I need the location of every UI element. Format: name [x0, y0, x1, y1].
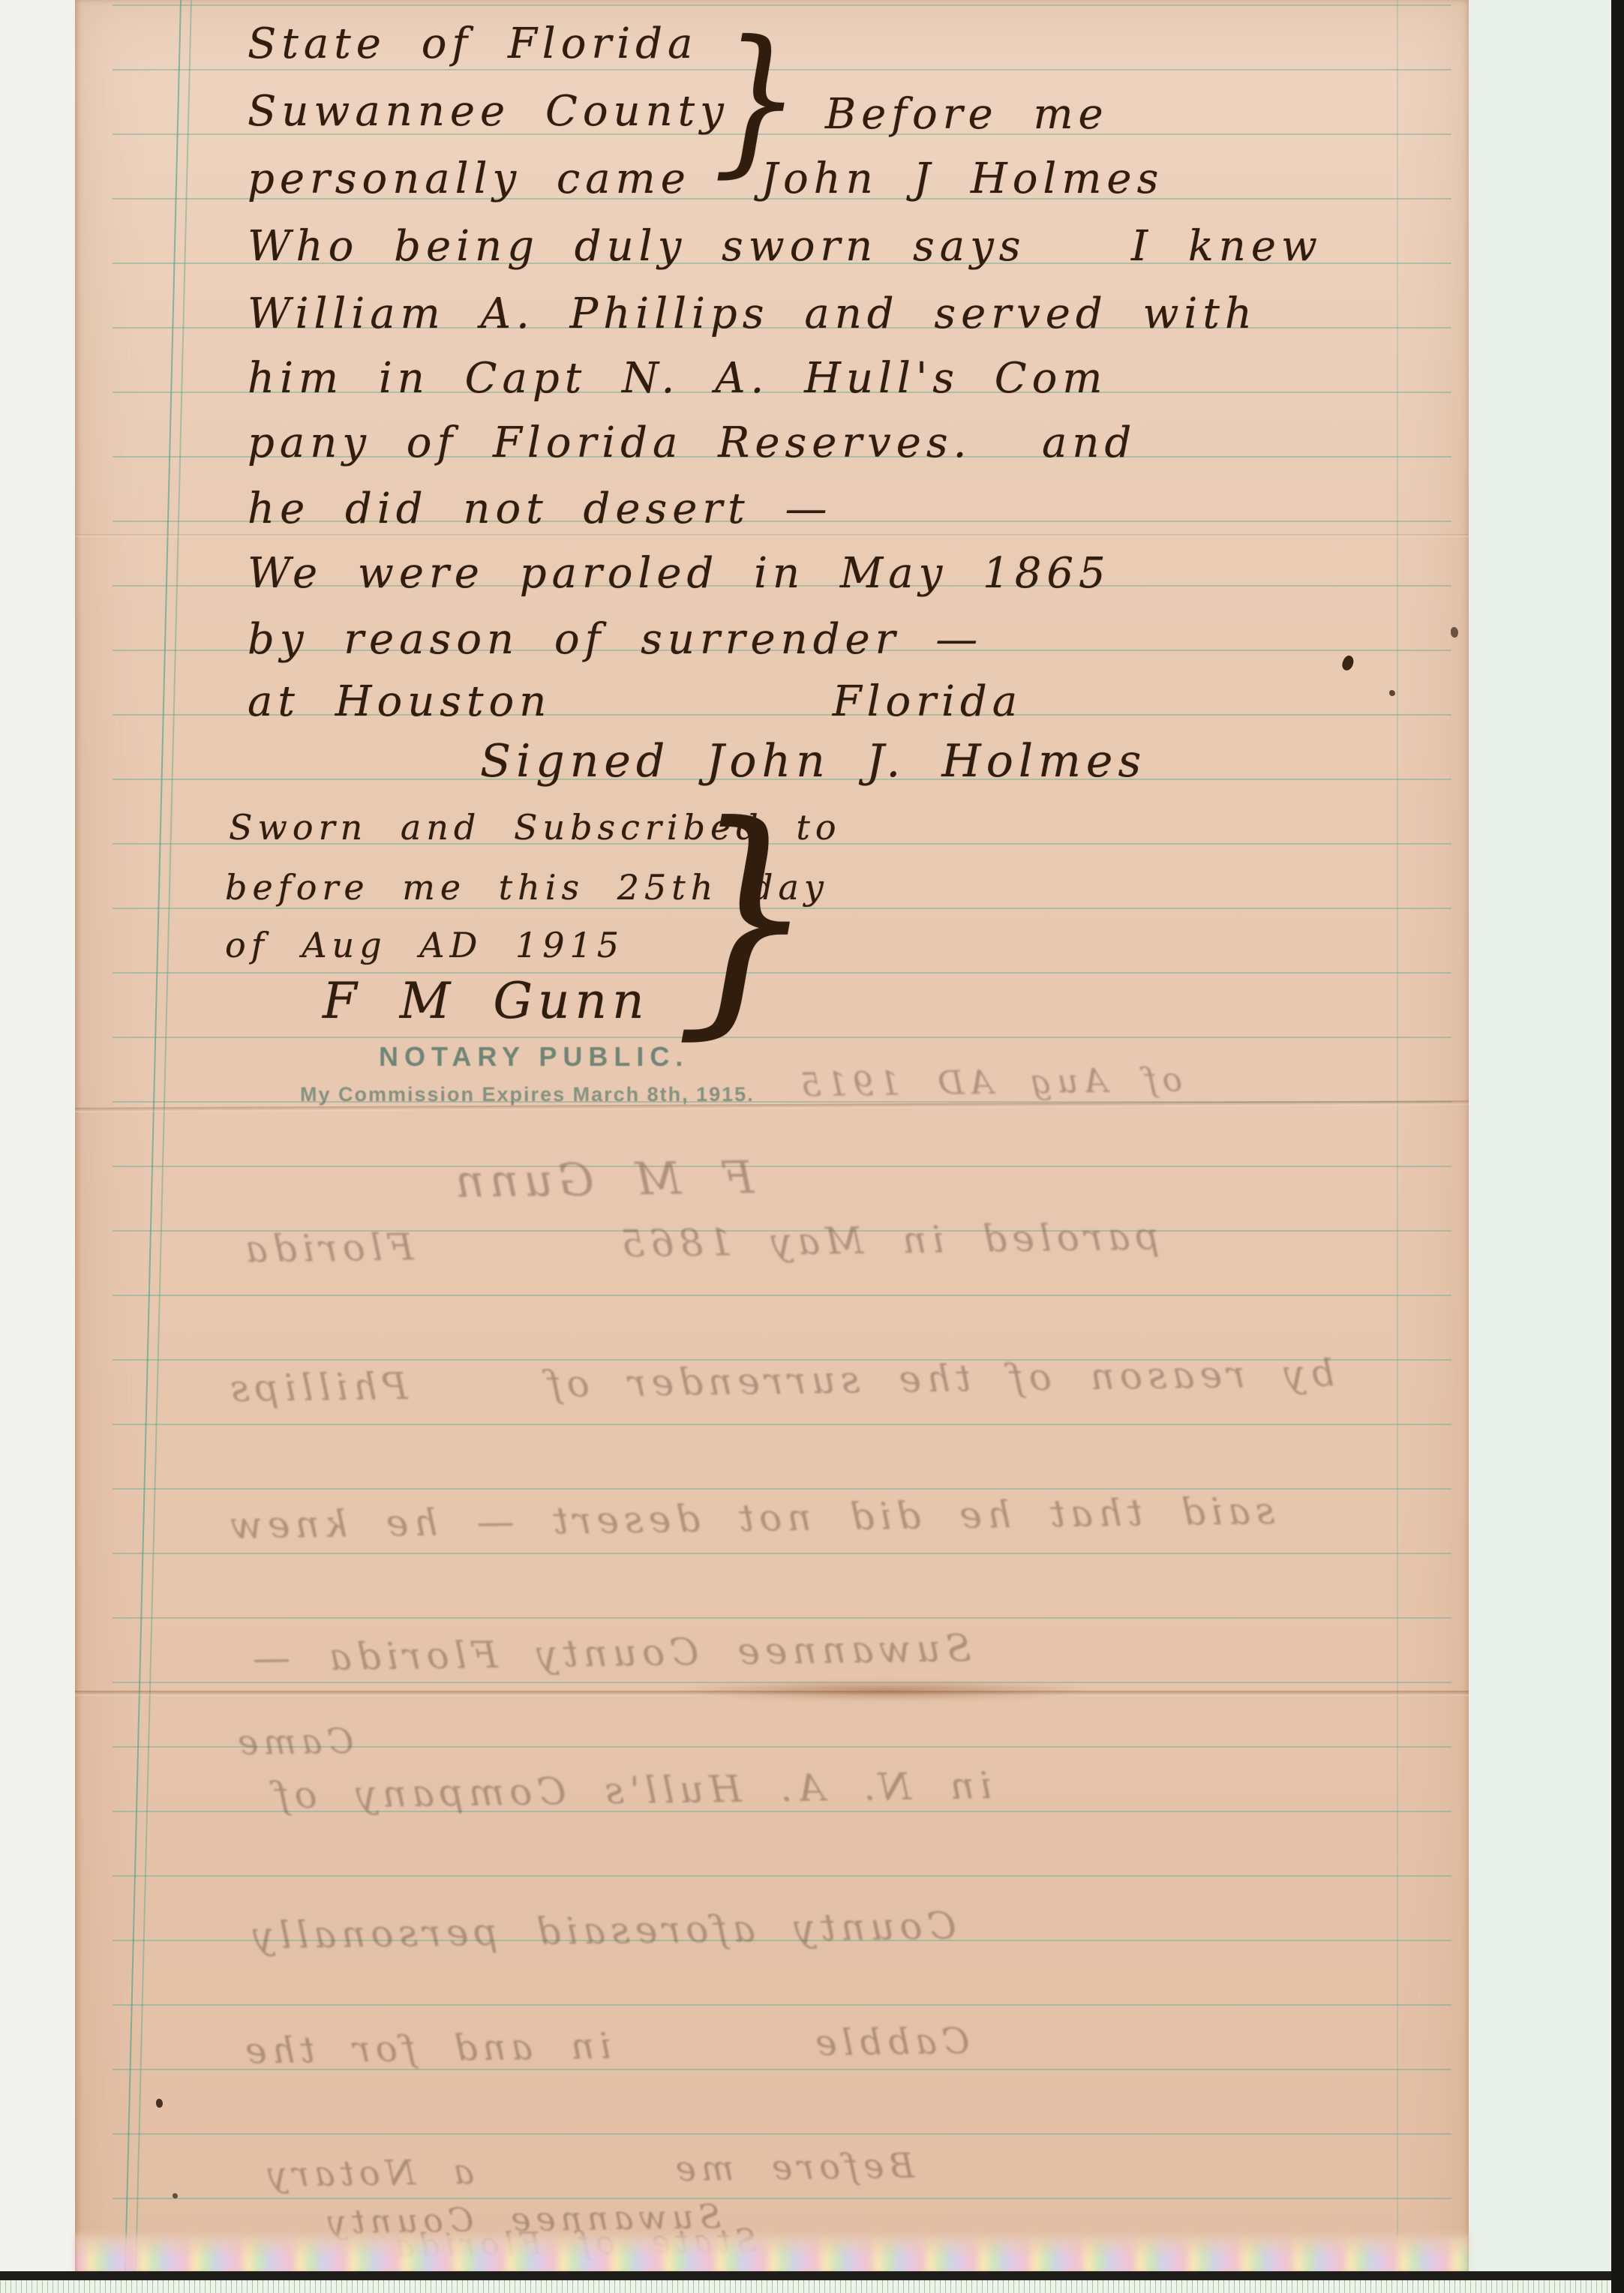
affidavit-line: William A. Phillips and served with	[248, 290, 1257, 338]
scanner-bed-left	[0, 0, 75, 2282]
venue-state-line: State of Florida	[248, 20, 698, 68]
deponent-line: personally came John J Holmes	[248, 155, 1163, 203]
ink-speckle	[1389, 690, 1395, 696]
ink-speckle	[156, 2099, 163, 2108]
venue-county-line: Suwannee County	[248, 87, 729, 136]
affidavit-line: by reason of surrender —	[248, 615, 983, 664]
ink-speckle	[1451, 627, 1458, 638]
bleedthrough-line: F M Gunn	[450, 1151, 755, 1208]
affidavit-line: We were paroled in May 1865	[248, 549, 1111, 598]
before-me-line: Before me	[825, 90, 1109, 139]
affidavit-line: Who being duly sworn says I knew	[248, 222, 1322, 271]
scanner-bed-right	[1469, 0, 1624, 2282]
bleedthrough-line: Came	[233, 1721, 354, 1763]
right-margin-line	[1397, 0, 1398, 2243]
notary-signature: F M Gunn	[323, 972, 650, 1030]
affidavit-line: at Houston Florida	[248, 677, 1022, 726]
bleedthrough-line: of Aug AD 1915	[795, 1061, 1183, 1104]
scanner-rainbow-artifact	[75, 2235, 1469, 2274]
black-edge-strip	[1611, 0, 1624, 2293]
ink-speckle	[173, 2193, 178, 2198]
fold-crease	[75, 534, 1469, 537]
affidavit-line: he did not desert —	[248, 485, 832, 533]
scanner-bed-strip	[0, 2280, 1611, 2293]
jurat-brace: }	[674, 773, 817, 1061]
affidavit-line: him in Capt N. A. Hull's Com	[248, 354, 1107, 403]
affidavit-line: pany of Florida Reserves. and	[248, 419, 1136, 467]
jurat-line: of Aug AD 1915	[225, 925, 624, 965]
scanned-document: of Aug AD 1915 F M Gunn paroled in May 1…	[0, 0, 1624, 2293]
notary-stamp-expiry: My Commission Expires March 8th, 1915.	[300, 1083, 755, 1106]
scanner-edge-line	[0, 2271, 1611, 2280]
stain-blotch	[675, 1680, 1095, 1701]
notary-stamp-title: NOTARY PUBLIC.	[379, 1041, 689, 1073]
